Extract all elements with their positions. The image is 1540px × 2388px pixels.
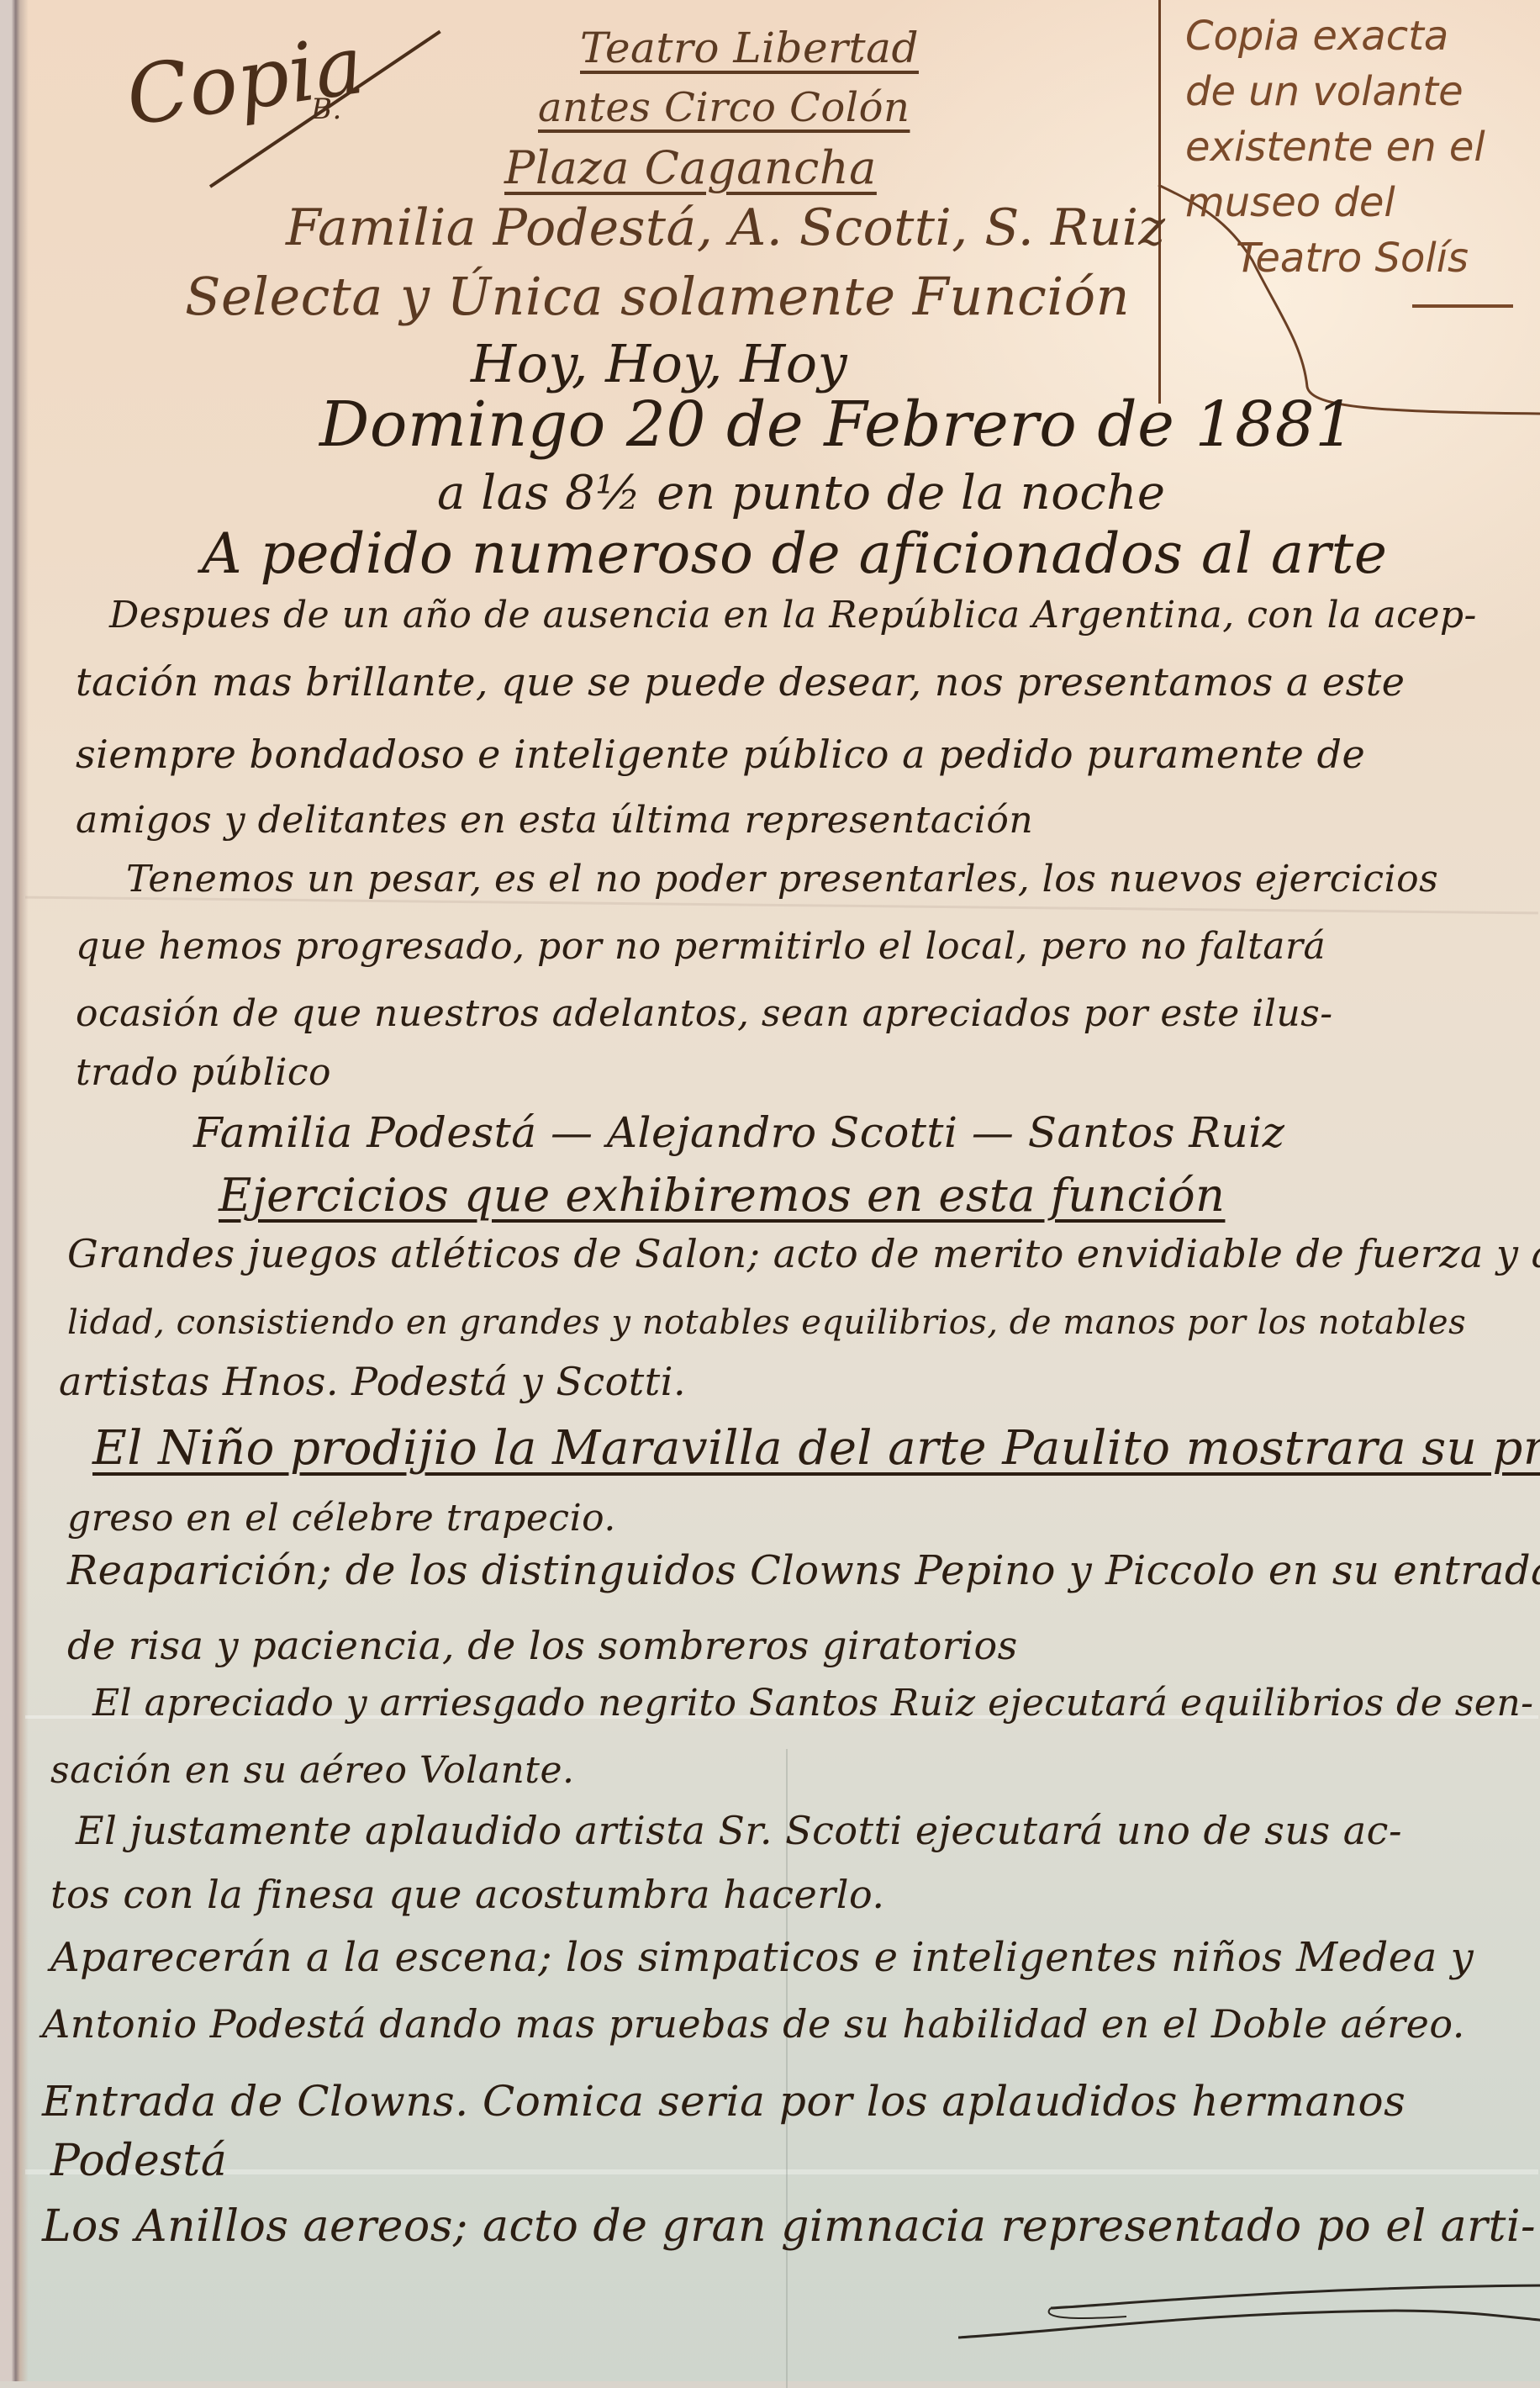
- program-heading: Ejercicios que exhibiremos en esta funci…: [219, 1169, 1225, 1222]
- act-line: Entrada de Clowns. Comica seria por los …: [42, 2077, 1406, 2126]
- act-line: tos con la finesa que acostumbra hacerlo…: [50, 1872, 884, 1917]
- annotation-dash: [1412, 304, 1513, 308]
- intro-line: ocasión de que nuestros adelantos, sean …: [76, 992, 1333, 1035]
- annotation-line: Copia exacta: [1185, 8, 1538, 64]
- signatories: Familia Podestá — Alejandro Scotti — San…: [193, 1108, 1285, 1157]
- closing-flourish: [958, 2270, 1540, 2346]
- act-line: Reaparición; de los distinguidos Clowns …: [67, 1547, 1540, 1594]
- request-line: A pedido numeroso de aficionados al arte: [202, 521, 1387, 586]
- act-line: Aparecerán a la escena; los simpaticos e…: [50, 1934, 1474, 1981]
- act-line: lidad, consistiendo en grandes y notable…: [67, 1303, 1466, 1342]
- company-names: Familia Podestá, A. Scotti, S. Ruiz: [286, 198, 1166, 257]
- act-line: greso en el célebre trapecio.: [67, 1497, 616, 1540]
- intro-line: Despues de un año de ausencia en la Repú…: [109, 594, 1477, 637]
- paper-fold: [25, 2169, 1538, 2174]
- performance-time: a las 8½ en punto de la noche: [437, 466, 1165, 520]
- annotation-text: Copia exacta de un volante existente en …: [1185, 8, 1538, 286]
- act-line: sación en su aéreo Volante.: [50, 1749, 575, 1792]
- act-line: Los Anillos aereos; acto de gran gimnaci…: [42, 2201, 1536, 2252]
- act-line: Grandes juegos atléticos de Salon; acto …: [67, 1231, 1540, 1276]
- annotation-line: existente en el: [1185, 119, 1538, 175]
- act-line: de risa y paciencia, de los sombreros gi…: [67, 1623, 1018, 1668]
- act-line: Antonio Podestá dando mas pruebas de su …: [42, 2001, 1465, 2047]
- annotation-line: Teatro Solís: [1185, 230, 1538, 286]
- intro-line: siempre bondadoso e inteligente público …: [76, 732, 1365, 777]
- act-line: El justamente aplaudido artista Sr. Scot…: [76, 1808, 1402, 1853]
- intro-line: trado público: [76, 1051, 331, 1094]
- paper-edge: [0, 0, 29, 2381]
- venue-location: Plaza Cagancha: [504, 141, 877, 194]
- intro-line: amigos y delitantes en esta última repre…: [76, 799, 1033, 842]
- act-line: El apreciado y arriesgado negrito Santos…: [92, 1682, 1534, 1725]
- act-line: El Niño prodijio la Maravilla del arte P…: [92, 1421, 1540, 1476]
- annotation-line: de un volante: [1185, 64, 1538, 119]
- intro-line: tación mas brillante, que se puede desea…: [76, 659, 1405, 705]
- today-line: Hoy, Hoy, Hoy: [471, 333, 847, 394]
- act-line: Podestá: [50, 2136, 227, 2186]
- act-line: artistas Hnos. Podestá y Scotti.: [59, 1359, 686, 1404]
- intro-line: que hemos progresado, por no permitirlo …: [76, 925, 1326, 968]
- venue-name: Teatro Libertad: [580, 24, 919, 72]
- performance-date: Domingo 20 de Febrero de 1881: [319, 388, 1355, 461]
- venue-former-name: antes Circo Colón: [538, 84, 910, 131]
- intro-line: Tenemos un pesar, es el no poder present…: [126, 858, 1438, 901]
- billing-line: Selecta y Única solamente Función: [185, 266, 1130, 327]
- annotation-line: museo del: [1185, 175, 1538, 230]
